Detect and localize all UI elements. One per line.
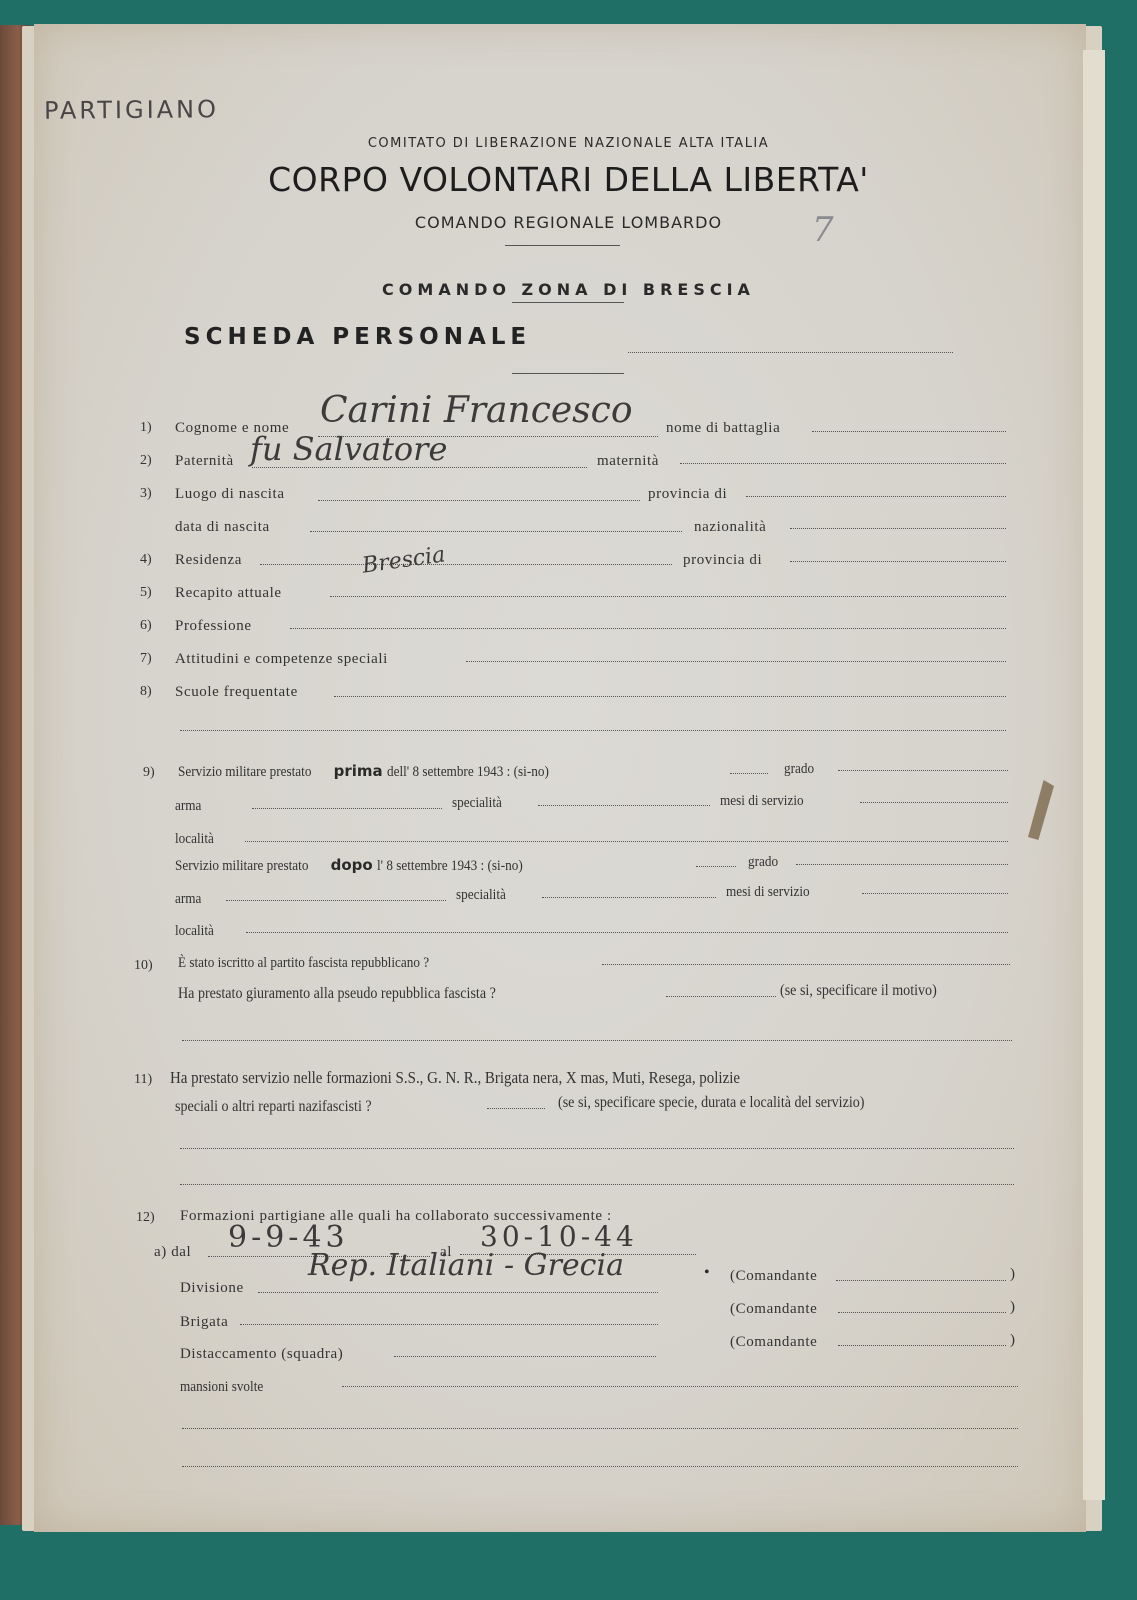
brigade-commander-label: (Comandante [730,1301,817,1318]
residence-province-field[interactable] [790,561,1006,562]
paren-close: ) [1010,1266,1016,1283]
division-field[interactable] [258,1292,658,1293]
rank-before-field[interactable] [838,770,1008,771]
field-number: 8) [140,684,152,700]
field-number: 9) [143,765,155,781]
nazifascist-details-field[interactable] [180,1148,1014,1149]
field-number: 2) [140,453,152,469]
birthplace-label: Luogo di nascita [175,486,285,503]
oath-question: Ha prestato giuramento alla pseudo repub… [178,985,496,1003]
paternity-value: fu Salvatore [250,430,447,468]
form-title-blank[interactable] [628,352,953,353]
detachment-commander-label: (Comandante [730,1334,817,1351]
organization-heading: COMITATO DI LIBERAZIONE NAZIONALE ALTA I… [0,136,1137,151]
form-title: SCHEDA PERSONALE [184,324,531,350]
profession-field[interactable] [290,628,1006,629]
paren-close: ) [1010,1299,1016,1316]
fascist-party-question: È stato iscritto al partito fascista rep… [178,955,429,972]
residence-field[interactable] [260,564,672,565]
surname-name-value: Carini Francesco [320,390,633,431]
maternity-field[interactable] [680,463,1006,464]
division-commander-field[interactable] [836,1280,1006,1281]
maternity-label: maternità [597,453,659,470]
brigade-field[interactable] [240,1324,658,1325]
battle-name-field[interactable] [812,431,1006,432]
field-number: 4) [140,552,152,568]
specialty-after-field[interactable] [542,897,716,898]
nazifascist-service-question: Ha prestato servizio nelle formazioni S.… [170,1068,740,1088]
location-before-field[interactable] [245,841,1008,842]
detachment-label: Distaccamento (squadra) [180,1346,343,1363]
brigade-label: Brigata [180,1314,228,1331]
document-title: CORPO VOLONTARI DELLA LIBERTA' [0,160,1137,199]
duties-field-line3[interactable] [182,1466,1018,1467]
nationality-label: nazionalità [694,519,766,536]
brigade-commander-field[interactable] [838,1312,1006,1313]
field-number: 7) [140,651,152,667]
divider [512,373,624,374]
field-number: 12) [136,1210,155,1226]
nazifascist-service-question-cont: speciali o altri reparti nazifascisti ? [175,1098,372,1116]
profession-label: Professione [175,618,252,635]
specialty-before-field[interactable] [538,805,710,806]
regional-command-heading: COMANDO REGIONALE LOMBARDO [0,213,1137,232]
pencil-number: 7 [812,210,834,250]
field-number: 5) [140,585,152,601]
arm-after-field[interactable] [226,900,446,901]
specialty-label: specialità [456,887,506,904]
oath-note: (se si, specificare il motivo) [780,982,937,1000]
months-label: mesi di servizio [726,884,810,901]
paren-close: ) [1010,1332,1016,1349]
location-label: località [175,923,214,940]
field-number: 3) [140,486,152,502]
arm-label: arma [175,891,201,908]
military-before-question: Servizio militare prestato prima dell' 8… [178,762,571,781]
birthdate-field[interactable] [310,531,682,532]
division-commander-label: (Comandante [730,1268,817,1285]
birthplace-field[interactable] [318,500,640,501]
arm-before-field[interactable] [252,808,442,809]
folder-edge [1083,50,1105,1500]
birth-province-label: provincia di [648,486,727,503]
detachment-commander-field[interactable] [838,1345,1006,1346]
birthdate-label: data di nascita [175,519,270,536]
divider [505,245,620,246]
military-before-yesno-field[interactable] [730,773,768,774]
fascist-party-field[interactable] [602,964,1010,965]
zone-heading: COMANDO ZONA DI BRESCIA [0,280,1137,299]
skills-label: Attitudini e competenze speciali [175,651,388,668]
detachment-field[interactable] [394,1356,656,1357]
military-after-yesno-field[interactable] [696,866,736,867]
nationality-field[interactable] [790,528,1006,529]
skills-field[interactable] [466,661,1006,662]
specialty-label: specialità [452,795,502,812]
current-address-field[interactable] [330,596,1006,597]
oath-field[interactable] [666,996,776,997]
from-date-label: a) dal [154,1244,191,1261]
months-before-field[interactable] [860,802,1008,803]
location-after-field[interactable] [246,932,1008,933]
rank-label: grado [748,854,778,871]
division-value: Rep. Italiani - Grecia [308,1248,624,1283]
partigiano-stamp: PARTIGIANO [44,95,219,125]
military-after-question: Servizio militare prestato dopo l' 8 set… [175,856,542,875]
location-label: località [175,831,214,848]
division-label: Divisione [180,1280,244,1297]
oath-reason-field[interactable] [182,1040,1012,1041]
field-number: 10) [134,958,153,974]
nazifascist-service-field[interactable] [487,1108,545,1109]
residence-label: Residenza [175,552,242,569]
duties-field[interactable] [342,1386,1018,1387]
current-address-label: Recapito attuale [175,585,282,602]
schools-label: Scuole frequentate [175,684,298,701]
rank-label: grado [784,761,814,778]
arm-label: arma [175,798,201,815]
duties-field-line2[interactable] [182,1428,1018,1429]
paternity-label: Paternità [175,453,234,470]
rank-after-field[interactable] [796,864,1008,865]
bullet-mark: • [704,1264,710,1282]
months-label: mesi di servizio [720,793,804,810]
birth-province-field[interactable] [746,496,1006,497]
duties-label: mansioni svolte [180,1379,263,1396]
months-after-field[interactable] [862,893,1008,894]
schools-field-line2[interactable] [180,730,1006,731]
field-number: 11) [134,1072,152,1088]
nazifascist-details-field-line2[interactable] [180,1184,1014,1185]
divider [512,302,624,303]
field-number: 1) [140,420,152,436]
battle-name-label: nome di battaglia [666,420,780,437]
nazifascist-service-note: (se si, specificare specie, durata e loc… [558,1094,864,1112]
residence-province-label: provincia di [683,552,762,569]
schools-field[interactable] [334,696,1006,697]
field-number: 6) [140,618,152,634]
